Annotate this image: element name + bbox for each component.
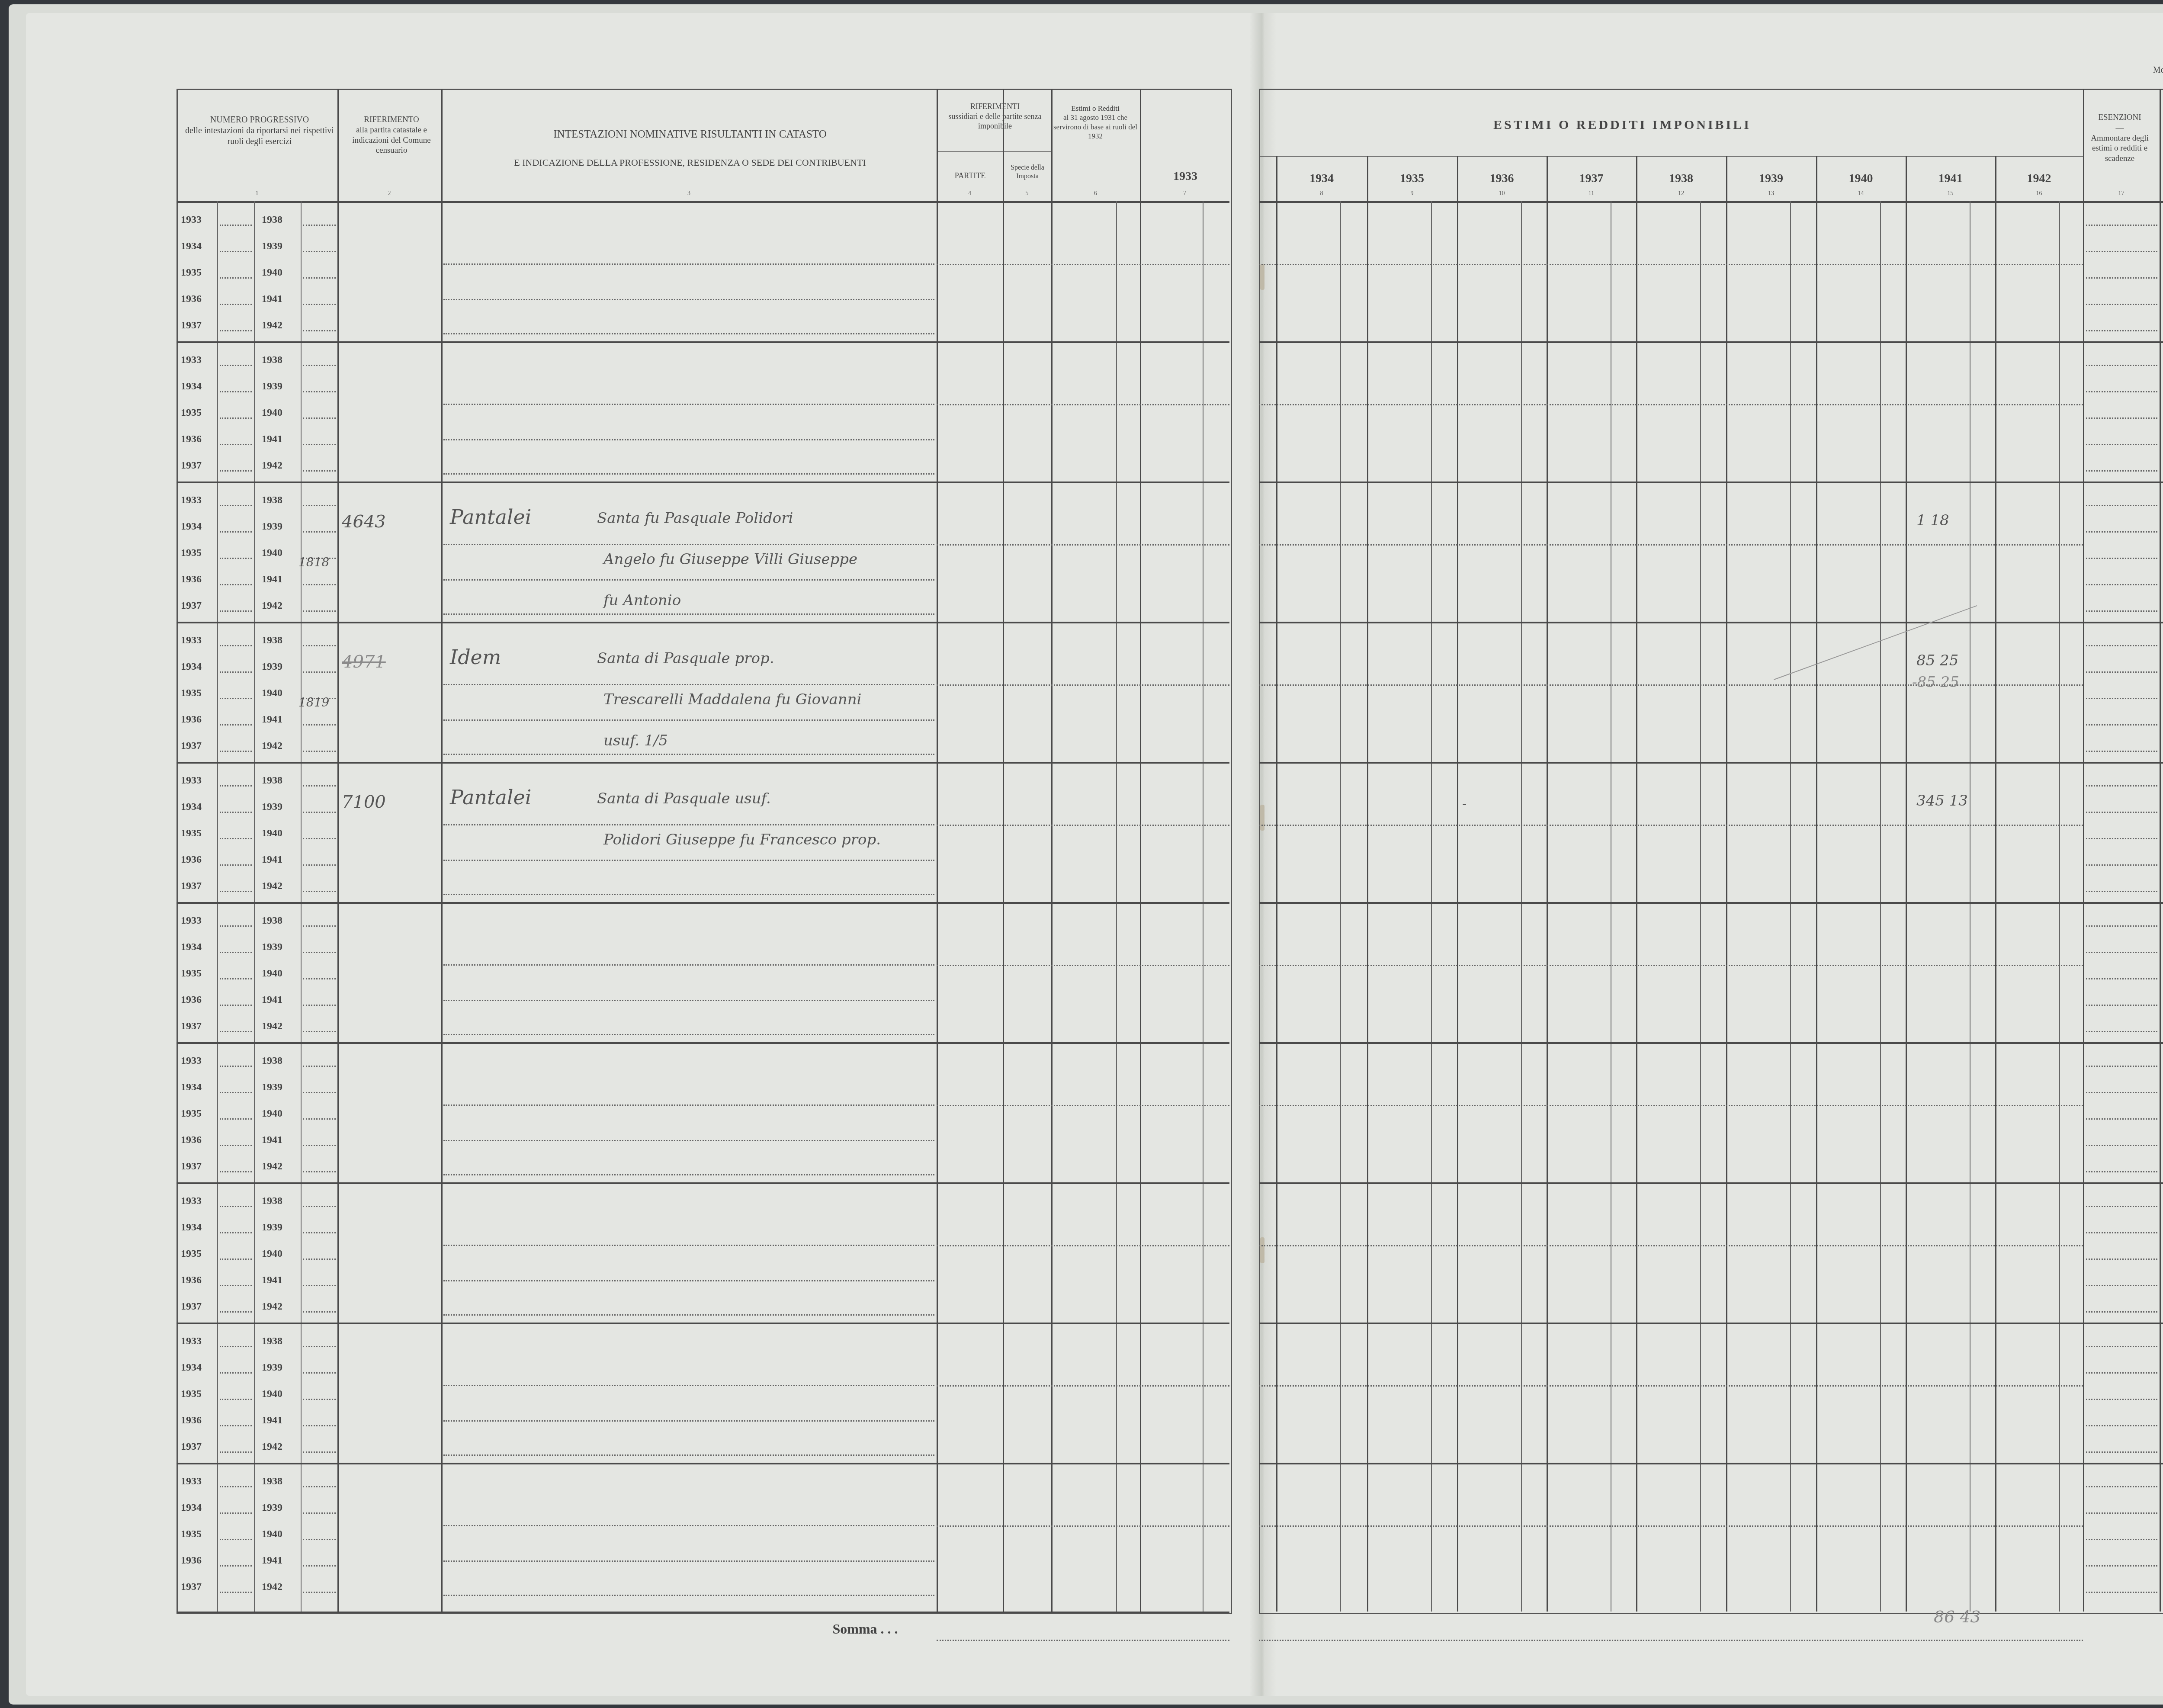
year-label: 1933: [181, 635, 202, 646]
year-label: 1939: [262, 941, 282, 953]
dotted-line: [220, 365, 252, 366]
dotted-line: [2086, 645, 2157, 646]
name-line: [443, 860, 934, 861]
dotted-line: [2086, 304, 2157, 305]
dotted-line: [220, 610, 252, 612]
dotted-line: [303, 1285, 336, 1286]
dotted-line: [220, 417, 252, 419]
dotted-line: [303, 1486, 336, 1487]
year-label: 1939: [262, 801, 282, 813]
column-divider: [1457, 156, 1458, 1612]
dotted-line: [2086, 1372, 2157, 1374]
year-label: 1939: [262, 1082, 282, 1093]
year-label: 1934: [181, 381, 202, 392]
cents-divider: [1521, 201, 1522, 1612]
dotted-line: [303, 838, 336, 839]
form-id: Mod. 111 - Imposte Dirette (Intercalare)…: [2111, 65, 2163, 76]
name-line: [443, 579, 934, 581]
dotted-line: [303, 1066, 336, 1067]
dotted-line: [220, 1399, 252, 1400]
year-label: 1940: [262, 1248, 282, 1260]
column-divider: [1116, 201, 1117, 1612]
column-number: 15: [1906, 190, 1995, 197]
year-label: 1938: [262, 635, 282, 646]
year-label: 1941: [262, 293, 282, 305]
value-line: [1259, 264, 2083, 265]
year-label: 1937: [181, 1161, 202, 1172]
dotted-line: [2086, 838, 2157, 839]
entry-separator: [1259, 1182, 2163, 1184]
year-label: 1941: [262, 714, 282, 726]
dotted-line: [303, 1171, 336, 1172]
value-line: [937, 1525, 1229, 1527]
entry-separator: [177, 762, 1229, 764]
year-header: 1936: [1457, 171, 1547, 186]
year-label: 1941: [262, 1415, 282, 1426]
year-label: 1935: [181, 547, 202, 559]
dotted-line: [2086, 1346, 2157, 1347]
year-label: 1934: [181, 1362, 202, 1374]
dotted-line: [303, 1399, 336, 1400]
year-label: 1938: [262, 1476, 282, 1487]
year-label: 1939: [262, 1502, 282, 1514]
dotted-line: [303, 1092, 336, 1093]
dotted-line: [220, 584, 252, 585]
year-label: 1942: [262, 1161, 282, 1172]
dotted-line: [2086, 751, 2157, 752]
year-label: 1936: [181, 1275, 202, 1286]
somma-line: [1259, 1640, 2083, 1641]
column-number: 18: [2160, 190, 2163, 197]
year-label: 1939: [262, 381, 282, 392]
year-header: 1934: [1276, 171, 1367, 186]
dotted-line: [2086, 365, 2157, 366]
year-label: 1940: [262, 407, 282, 419]
year-label: 1933: [181, 1195, 202, 1207]
dotted-line: [303, 1232, 336, 1233]
margin-number: 1819: [298, 695, 329, 710]
name-line: [443, 824, 934, 825]
value-line: [937, 404, 1229, 405]
column-divider: [1203, 201, 1203, 1612]
year-label: 1933: [181, 494, 202, 506]
year-label: 1941: [262, 433, 282, 445]
dotted-line: [2086, 1311, 2157, 1313]
dotted-line: [2086, 1285, 2157, 1286]
cents-divider: [1880, 201, 1881, 1612]
entry-separator: [177, 622, 1229, 623]
dotted-line: [303, 1005, 336, 1006]
margin-number: 1818: [298, 555, 329, 569]
dotted-line: [2086, 1592, 2157, 1593]
dotted-line: [303, 891, 336, 892]
dotted-line: [2086, 1399, 2157, 1400]
dotted-line: [220, 225, 252, 226]
name-line: [443, 719, 934, 721]
partita-number: 7100: [342, 792, 386, 812]
dotted-line: [303, 1145, 336, 1146]
year-label: 1941: [262, 1134, 282, 1146]
dotted-line: [220, 505, 252, 506]
year-label: 1937: [181, 460, 202, 472]
column-number: 3: [441, 190, 937, 197]
dotted-line: [303, 1118, 336, 1120]
year-label: 1936: [181, 433, 202, 445]
year-label: 1936: [181, 574, 202, 585]
dotted-line: [303, 1539, 336, 1540]
entry-separator: [177, 1182, 1229, 1184]
name-line: [443, 964, 934, 966]
year-label: 1940: [262, 1528, 282, 1540]
value-1941: 345 13: [1916, 792, 1968, 809]
value-line: [937, 264, 1229, 265]
dotted-line: [220, 1145, 252, 1146]
column-number: 1: [177, 190, 337, 197]
name-line: [443, 1280, 934, 1281]
year-label: 1933: [181, 775, 202, 787]
dotted-line: [220, 978, 252, 979]
dotted-line: [303, 925, 336, 927]
dotted-line: [303, 444, 336, 445]
dotted-line: [220, 1372, 252, 1374]
year-label: 1938: [262, 915, 282, 927]
dotted-line: [2086, 698, 2157, 699]
dotted-line: [303, 751, 336, 752]
year-label: 1942: [262, 880, 282, 892]
column-number: 11: [1547, 190, 1636, 197]
year-label: 1941: [262, 854, 282, 866]
column-divider: [1547, 156, 1548, 1612]
year-header: 1938: [1636, 171, 1726, 186]
year-label: 1938: [262, 1055, 282, 1067]
year-label: 1937: [181, 320, 202, 331]
year-label: 1940: [262, 1108, 282, 1120]
column-divider: [1003, 89, 1004, 1612]
year-label: 1935: [181, 687, 202, 699]
year-label: 1939: [262, 1222, 282, 1233]
column-divider: [1816, 156, 1817, 1612]
dotted-line: [303, 1311, 336, 1313]
dotted-line: [2086, 444, 2157, 445]
contributor-line: Angelo fu Giuseppe Villi Giuseppe: [603, 551, 857, 568]
year-label: 1941: [262, 1275, 282, 1286]
value-line: [937, 544, 1229, 546]
name-line: [443, 1525, 934, 1526]
year-label: 1939: [262, 241, 282, 252]
column-divider: [1051, 89, 1053, 1612]
cents-divider: [2059, 201, 2060, 1612]
value-line: [1259, 404, 2083, 405]
dotted-line: [2086, 978, 2157, 979]
dotted-line: [220, 724, 252, 726]
dotted-line: [220, 1486, 252, 1487]
dotted-line: [303, 671, 336, 673]
dotted-line: [2086, 724, 2157, 726]
dotted-line: [303, 1451, 336, 1453]
dotted-line: [303, 1372, 336, 1374]
dotted-line: [2086, 1512, 2157, 1514]
entry-separator: [1259, 622, 2163, 623]
surname: Idem: [450, 645, 501, 669]
value-line: [1259, 1385, 2083, 1387]
dotted-line: [2086, 251, 2157, 252]
year-label: 1940: [262, 1388, 282, 1400]
dotted-line: [2086, 1206, 2157, 1207]
year-header: 1942: [1995, 171, 2083, 186]
surname: Pantalei: [450, 786, 532, 809]
year-label: 1935: [181, 1108, 202, 1120]
year-label: 1942: [262, 1301, 282, 1313]
contributor-line: Santa di Pasquale usuf.: [597, 790, 771, 807]
dotted-line: [220, 1066, 252, 1067]
dotted-line: [303, 1206, 336, 1207]
year-label: 1934: [181, 521, 202, 533]
dotted-line: [303, 225, 336, 226]
dotted-line: [220, 1092, 252, 1093]
name-line: [443, 544, 934, 545]
year-label: 1937: [181, 1301, 202, 1313]
year-label: 1937: [181, 600, 202, 612]
value-1941: 1 18: [1916, 512, 1949, 529]
year-label: 1942: [262, 460, 282, 472]
year-label: 1939: [262, 521, 282, 533]
dotted-line: [220, 1285, 252, 1286]
year-label: 1936: [181, 1415, 202, 1426]
dotted-line: [2086, 1259, 2157, 1260]
column-number: 10: [1457, 190, 1547, 197]
partita-number: 4971: [342, 652, 386, 672]
value-line: [1259, 965, 2083, 966]
value-line: [1259, 1245, 2083, 1246]
header-rule: [1259, 201, 2163, 203]
name-line: [443, 1420, 934, 1422]
dotted-line: [303, 1031, 336, 1032]
dotted-line: [220, 1311, 252, 1313]
column-divider: [254, 201, 255, 1612]
year-label: 1939: [262, 1362, 282, 1374]
year-label: 1934: [181, 1222, 202, 1233]
dotted-line: [220, 751, 252, 752]
year-label: 1937: [181, 1581, 202, 1593]
year-label: 1942: [262, 320, 282, 331]
dotted-line: [220, 925, 252, 927]
dotted-line: [303, 1346, 336, 1347]
dotted-line: [2086, 1066, 2157, 1067]
year-header: 1935: [1367, 171, 1457, 186]
value-line: [937, 965, 1229, 966]
dotted-line: [220, 812, 252, 813]
dotted-line: [220, 444, 252, 445]
dotted-line: [220, 391, 252, 392]
year-label: 1942: [262, 600, 282, 612]
cents-divider: [1431, 201, 1432, 1612]
dotted-line: [2086, 671, 2157, 673]
column-divider: [441, 89, 443, 1612]
value-line: [1259, 1525, 2083, 1527]
value-line: [937, 684, 1229, 686]
value-line: [1259, 684, 2083, 686]
value-1936: -: [1462, 796, 1467, 812]
dotted-line: [2086, 1031, 2157, 1032]
dotted-line: [2086, 470, 2157, 472]
year-label: 1938: [262, 1195, 282, 1207]
name-line: [443, 1385, 934, 1386]
entry-separator: [177, 1463, 1229, 1464]
dotted-line: [220, 531, 252, 533]
header-rule: [177, 201, 1229, 203]
dotted-line: [303, 610, 336, 612]
dotted-line: [303, 470, 336, 472]
entry-separator: [1259, 1323, 2163, 1324]
entry-separator: [1259, 762, 2163, 764]
year-label: 1933: [181, 1055, 202, 1067]
year-label: 1936: [181, 1134, 202, 1146]
entry-separator: [177, 482, 1229, 483]
year-label: 1934: [181, 241, 202, 252]
year-label: 1940: [262, 968, 282, 979]
dotted-line: [220, 304, 252, 305]
name-line: [443, 1140, 934, 1141]
name-line: [443, 1454, 934, 1456]
dotted-line: [2086, 558, 2157, 559]
year-label: 1940: [262, 687, 282, 699]
value-1941: 85 25: [1916, 652, 1958, 669]
dotted-line: [220, 1425, 252, 1426]
year-label: 1938: [262, 494, 282, 506]
column-number: 8: [1276, 190, 1367, 197]
column-number: 2: [337, 190, 441, 197]
dotted-line: [2086, 891, 2157, 892]
column-number: 12: [1636, 190, 1726, 197]
year-header: 1937: [1547, 171, 1636, 186]
column-number: 14: [1816, 190, 1906, 197]
value-line: [1259, 1105, 2083, 1106]
dotted-line: [303, 1425, 336, 1426]
dotted-line: [220, 251, 252, 252]
dotted-line: [303, 812, 336, 813]
dotted-line: [2086, 330, 2157, 331]
entry-separator: [1259, 1042, 2163, 1044]
dotted-line: [220, 891, 252, 892]
year-label: 1942: [262, 740, 282, 752]
value-line: [1259, 544, 2083, 546]
name-line: [443, 263, 934, 265]
column-divider: [301, 201, 302, 1612]
contributor-line: Polidori Giuseppe fu Francesco prop.: [603, 831, 881, 848]
cents-divider: [1700, 201, 1701, 1612]
contributor-line: fu Antonio: [603, 592, 681, 609]
dotted-line: [220, 838, 252, 839]
year-label: 1938: [262, 354, 282, 366]
name-line: [443, 1034, 934, 1035]
partita-number: 4643: [342, 512, 386, 532]
somma-line: [937, 1640, 1229, 1641]
dotted-line: [2086, 1486, 2157, 1487]
dotted-line: [220, 1539, 252, 1540]
dotted-line: [2086, 785, 2157, 787]
dotted-line: [303, 531, 336, 533]
column-number: 9: [1367, 190, 1457, 197]
dotted-line: [2086, 1232, 2157, 1233]
column-number: 17: [2083, 190, 2160, 197]
entry-separator: [1259, 341, 2163, 343]
year-label: 1936: [181, 994, 202, 1006]
dotted-line: [303, 864, 336, 866]
column-number: 4: [937, 190, 1003, 197]
year-label: 1939: [262, 661, 282, 673]
column-divider: [1276, 156, 1277, 1612]
somma-label: Somma . . .: [800, 1620, 930, 1637]
dotted-line: [2086, 277, 2157, 279]
year-label: 1935: [181, 828, 202, 839]
cents-divider: [1970, 201, 1970, 1612]
column-number: 5: [1003, 190, 1051, 197]
dotted-line: [303, 505, 336, 506]
dotted-line: [303, 251, 336, 252]
column-divider: [1367, 156, 1368, 1612]
contributor-line: Trescarelli Maddalena fu Giovanni: [603, 691, 861, 708]
name-line: [443, 684, 934, 685]
name-line: [443, 439, 934, 440]
dotted-line: [220, 1031, 252, 1032]
year-label: 1937: [181, 880, 202, 892]
dotted-line: [303, 277, 336, 279]
name-line: [443, 754, 934, 755]
dotted-line: [2086, 1425, 2157, 1426]
column-divider: [2083, 89, 2084, 1612]
dotted-line: [220, 1118, 252, 1120]
year-label: 1935: [181, 1248, 202, 1260]
column-divider: [1726, 156, 1727, 1612]
dotted-line: [2086, 925, 2157, 927]
contributor-line: Santa di Pasquale prop.: [597, 650, 774, 667]
dotted-line: [303, 417, 336, 419]
value-line: [937, 1385, 1229, 1387]
dotted-line: [2086, 1565, 2157, 1567]
year-label: 1933: [181, 214, 202, 226]
year-label: 1935: [181, 267, 202, 279]
dotted-line: [303, 330, 336, 331]
dotted-line: [220, 1005, 252, 1006]
dotted-line: [303, 1565, 336, 1567]
cents-divider: [1790, 201, 1791, 1612]
year-label: 1937: [181, 1441, 202, 1453]
entry-separator: [177, 1042, 1229, 1044]
year-label: 1935: [181, 1388, 202, 1400]
dotted-line: [303, 391, 336, 392]
name-line: [443, 1104, 934, 1106]
name-line: [443, 1560, 934, 1562]
dotted-line: [2086, 505, 2157, 506]
dotted-line: [220, 470, 252, 472]
dotted-line: [2086, 391, 2157, 392]
year-label: 1934: [181, 661, 202, 673]
column-number: 6: [1051, 190, 1140, 197]
dotted-line: [2086, 952, 2157, 953]
dotted-line: [303, 304, 336, 305]
value-line: [937, 1245, 1229, 1246]
year-label: 1935: [181, 407, 202, 419]
year-label: 1942: [262, 1441, 282, 1453]
somma-rule: [177, 1612, 1229, 1613]
year-label: 1940: [262, 828, 282, 839]
dotted-line: [220, 277, 252, 279]
year-label: 1933: [181, 915, 202, 927]
column-divider: [937, 89, 938, 1612]
column-divider: [1140, 89, 1141, 1612]
column-number: 13: [1726, 190, 1816, 197]
dotted-line: [220, 330, 252, 331]
